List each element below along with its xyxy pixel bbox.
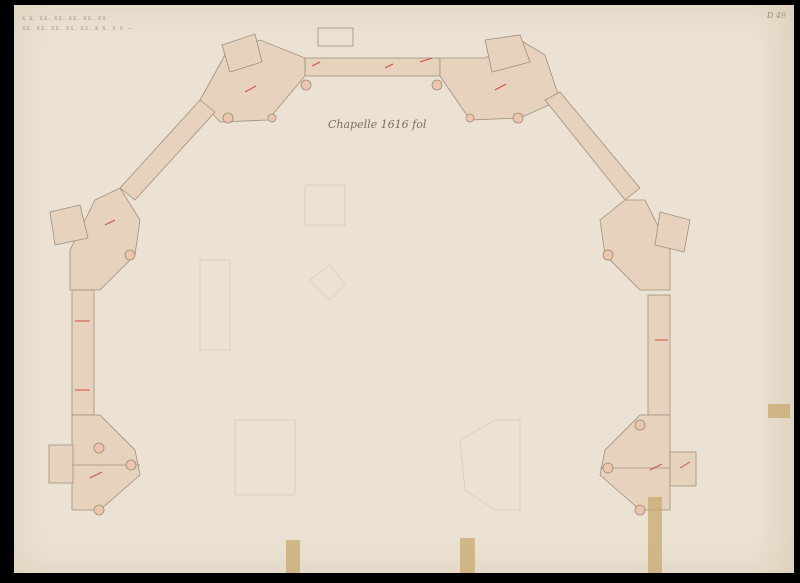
right-wall	[648, 295, 670, 415]
tape-strip	[648, 497, 662, 573]
top-wall-segment	[305, 58, 440, 76]
tape-strip	[286, 540, 300, 573]
tape-strip	[460, 538, 475, 573]
tape-strip	[768, 404, 790, 418]
floor-plan	[0, 0, 800, 583]
left-wall	[72, 290, 94, 415]
bay-bottom-right	[600, 415, 670, 510]
diagonal-wall-right	[545, 92, 640, 200]
center-title: Chapelle 1616 fol	[328, 118, 426, 131]
diagonal-wall-left	[120, 100, 215, 200]
